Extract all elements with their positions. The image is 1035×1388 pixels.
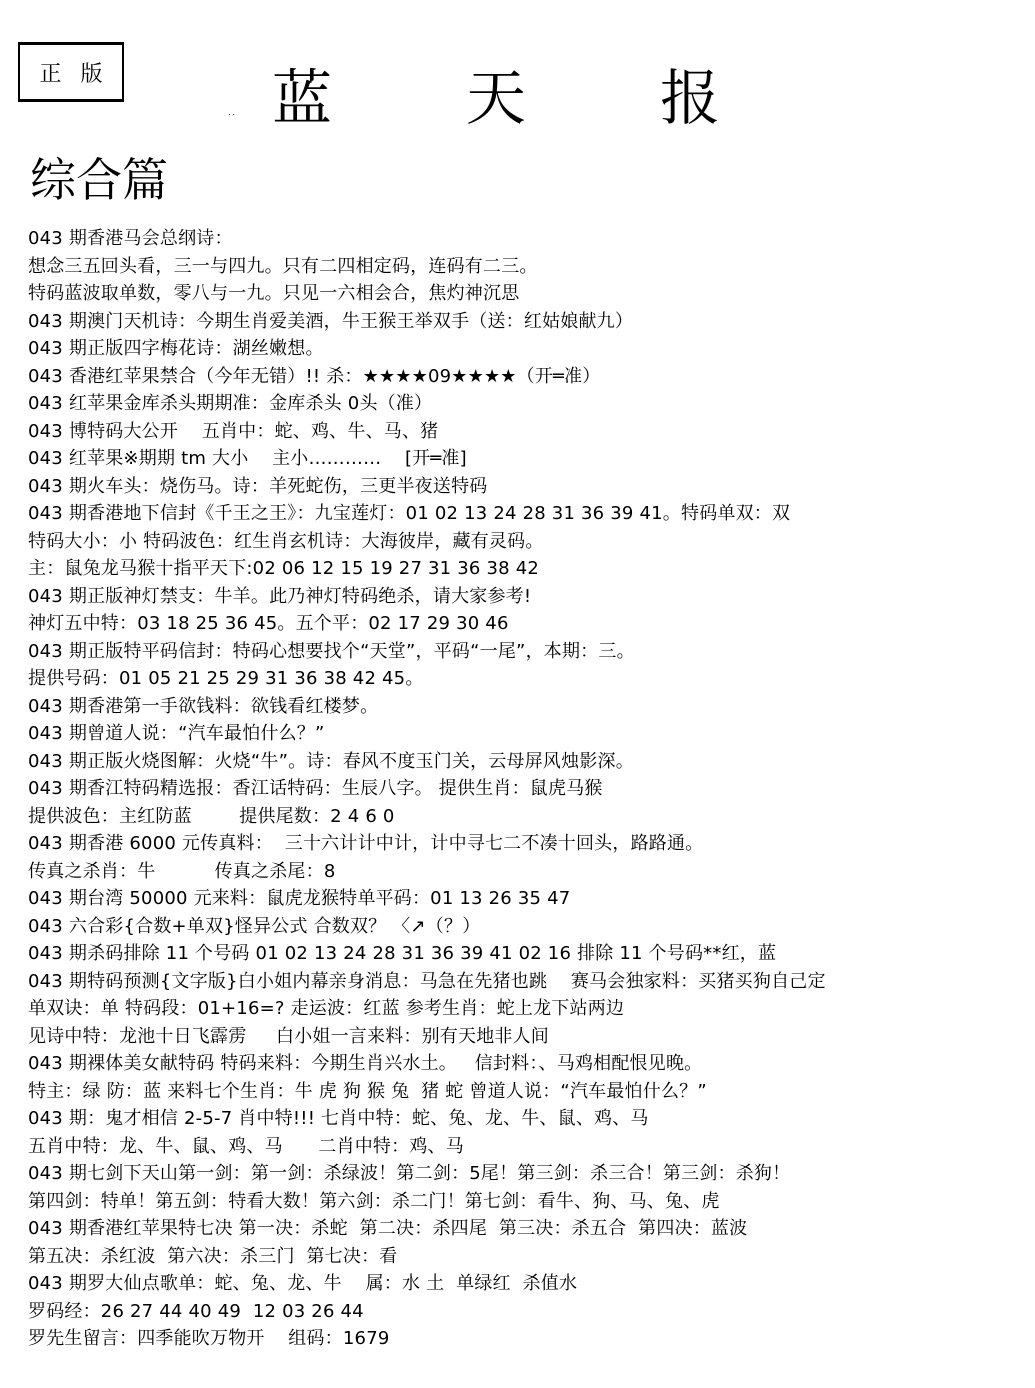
text-line: 043 期：鬼才相信 2-5-7 肖中特!!! 七肖中特：蛇、兔、龙、牛、鼠、鸡… [28, 1105, 1035, 1133]
text-line: 043 期罗大仙点歌单：蛇、兔、龙、牛 属：水 土 单绿红 杀值水 [28, 1270, 1035, 1298]
text-line: 罗先生留言：四季能吹万物开 组码：1679 [28, 1325, 1035, 1353]
text-line: 提供波色：主红防蓝 提供尾数：2 4 6 0 [28, 803, 1035, 831]
text-line: 043 期台湾 50000 元来料：鼠虎龙猴特单平码：01 13 26 35 4… [28, 885, 1035, 913]
text-line: 043 期香港第一手欲钱料：欲钱看红楼梦。 [28, 693, 1035, 721]
page-title: 蓝 天 报 [0, 64, 1035, 134]
text-line: 提供号码：01 05 21 25 29 31 36 38 42 45。 [28, 665, 1035, 693]
text-line: 043 期香港 6000 元传真料： 三十六计计中计，计中寻七二不凑十回头，路路… [28, 830, 1035, 858]
text-line: 043 期裸体美女献特码 特码来料：今期生肖兴水土。 信封料：、马鸡相配恨见晚。 [28, 1050, 1035, 1078]
text-line: 传真之杀肖：牛 传真之杀尾：8 [28, 858, 1035, 886]
section-heading: 综合篇 [30, 152, 168, 208]
text-line: 043 期正版特平码信封：特码心想要找个“天堂”，平码“一尾”，本期：三。 [28, 638, 1035, 666]
text-line: 特主：绿 防：蓝 来料七个生肖：牛 虎 狗 猴 兔 猪 蛇 曾道人说：“汽车最怕… [28, 1078, 1035, 1106]
text-line: 043 期正版神灯禁支：牛羊。此乃神灯特码绝杀，请大家参考! [28, 583, 1035, 611]
text-line: 043 期正版火烧图解：火烧“牛”。诗：春风不度玉门关，云母屏风烛影深。 [28, 748, 1035, 776]
text-line: 043 红苹果金库杀头期期准：金库杀头 0头（准） [28, 390, 1035, 418]
text-line: 见诗中特：龙池十日飞霹雳 白小姐一言来料：别有天地非人间 [28, 1023, 1035, 1051]
title-char: 报 [660, 64, 720, 134]
text-line: 单双诀：单 特码段：01+16=? 走运波：红蓝 参考生肖：蛇上龙下站两边 [28, 995, 1035, 1023]
text-line: 043 期七剑下天山第一剑：第一剑：杀绿波！第二剑：5尾！第三剑：杀三合！第三剑… [28, 1160, 1035, 1188]
text-line: 043 期特码预测{文字版}白小姐内幕亲身消息：马急在先猪也跳 赛马会独家料：买… [28, 968, 1035, 996]
text-line: 043 期香港红苹果特七决 第一决：杀蛇 第二决：杀四尾 第三决：杀五合 第四决… [28, 1215, 1035, 1243]
text-line: 043 期香港地下信封《千王之王》：九宝莲灯：01 02 13 24 28 31… [28, 500, 1035, 528]
text-line: 043 期澳门天机诗：今期生肖爱美酒，牛王猴王举双手（送：红姑娘献九） [28, 308, 1035, 336]
text-line: 神灯五中特：03 18 25 36 45。五个平：02 17 29 30 46 [28, 610, 1035, 638]
text-line: 罗码经：26 27 44 40 49 12 03 26 44 [28, 1298, 1035, 1326]
text-line: 想念三五回头看，三一与四九。只有二四相定码，连码有二三。 [28, 253, 1035, 281]
text-line: 043 期火车头：烧伤马。诗：羊死蛇伤，三更半夜送特码 [28, 473, 1035, 501]
title-char: 蓝 [272, 64, 332, 134]
text-line: 043 期香港马会总纲诗： [28, 225, 1035, 253]
text-line: 第四剑：特单！第五剑：特看大数！第六剑：杀二门！第七剑：看牛、狗、马、兔、虎 [28, 1188, 1035, 1216]
text-line: 043 期正版四字梅花诗：湖丝嫩想。 [28, 335, 1035, 363]
text-line: 特码大小：小 特码波色：红生肖玄机诗：大海彼岸，藏有灵码。 [28, 528, 1035, 556]
text-line: 主：鼠兔龙马猴十指平天下:02 06 12 15 19 27 31 36 38 … [28, 555, 1035, 583]
text-line: 第五决：杀红波 第六决：杀三门 第七决：看 [28, 1243, 1035, 1271]
text-line: 043 期曾道人说：“汽车最怕什么？” [28, 720, 1035, 748]
text-line: 043 期杀码排除 11 个号码 01 02 13 24 28 31 36 39… [28, 940, 1035, 968]
text-line: 五肖中特：龙、牛、鼠、鸡、马 二肖中特：鸡、马 [28, 1133, 1035, 1161]
text-line: 043 红苹果※期期 tm 大小 主小………… [开═准] [28, 445, 1035, 473]
text-line: 043 博特码大公开 五肖中：蛇、鸡、牛、马、猪 [28, 418, 1035, 446]
text-line: 043 香港红苹果禁合（今年无错）!! 杀：★★★★09★★★★（开═准） [28, 363, 1035, 391]
text-line: 特码蓝波取单数，零八与一九。只见一六相会合，焦灼神沉思 [28, 280, 1035, 308]
title-char: 天 [466, 64, 526, 134]
text-line: 043 期香江特码精选报：香江话特码：生辰八字。 提供生肖：鼠虎马猴 [28, 775, 1035, 803]
content-lines: 043 期香港马会总纲诗：想念三五回头看，三一与四九。只有二四相定码，连码有二三… [28, 225, 1035, 1353]
text-line: 043 六合彩{合数+单双}怪异公式 合数双？ 〈↗（？） [28, 913, 1035, 941]
